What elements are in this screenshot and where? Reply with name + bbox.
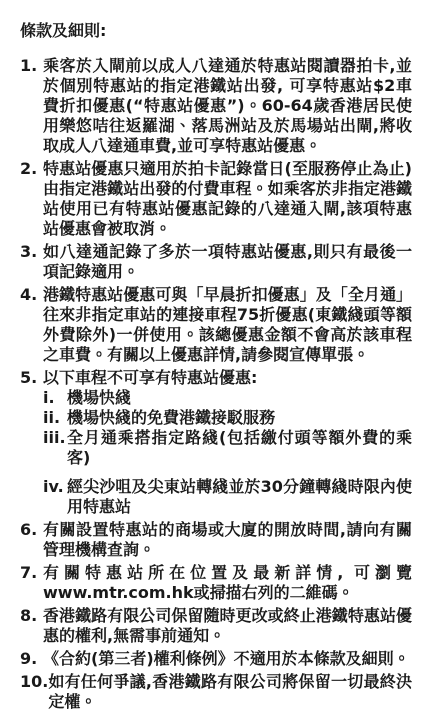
- sub-text: 全月通乘搭指定路綫(包括繳付頭等額外費的乘客): [67, 428, 412, 468]
- term-item: 8.香港鐵路有限公司保留隨時更改或終止港鐵特惠站優惠的權利,無需事前通知。: [20, 606, 412, 646]
- term-item: 3.如八達通記錄了多於一項特惠站優惠,則只有最後一項記錄適用。: [20, 242, 412, 282]
- term-body: 如八達通記錄了多於一項特惠站優惠,則只有最後一項記錄適用。: [43, 242, 412, 282]
- term-text: 《合約(第三者)權利條例》不適用於本條款及細則。: [43, 649, 410, 668]
- term-text: 港鐵特惠站優惠可與「早晨折扣優惠」及「全月通」往來非指定車站的連接車程75折優惠…: [43, 285, 412, 364]
- term-number: 7.: [20, 563, 43, 583]
- term-number: 8.: [20, 606, 43, 626]
- term-body: 乘客於入閘前以成人八達通於特惠站閱讀器拍卡,並於個別特惠站的指定港鐵站出發, 可…: [43, 56, 412, 156]
- term-text: 如八達通記錄了多於一項特惠站優惠,則只有最後一項記錄適用。: [43, 242, 412, 281]
- sub-item: iv.經尖沙咀及尖東站轉綫並於30分鐘轉綫時限內使用特惠站: [43, 477, 412, 517]
- terms-list: 1.乘客於入閘前以成人八達通於特惠站閱讀器拍卡,並於個別特惠站的指定港鐵站出發,…: [20, 56, 412, 712]
- sub-item: iii.全月通乘搭指定路綫(包括繳付頭等額外費的乘客): [43, 428, 412, 468]
- term-text: 如有任何爭議,香港鐵路有限公司將保留一切最終決定權。: [48, 672, 412, 711]
- term-number: 3.: [20, 242, 43, 262]
- sub-list: i.機場快綫ii.機場快綫的免費港鐵接駁服務iii.全月通乘搭指定路綫(包括繳付…: [43, 388, 412, 517]
- term-number: 5.: [20, 368, 43, 388]
- sub-item: ii.機場快綫的免費港鐵接駁服務: [43, 408, 412, 428]
- term-text: 有關設置特惠站的商場或大廈的開放時間,請向有關管理機構查詢。: [43, 520, 412, 559]
- term-body: 有關設置特惠站的商場或大廈的開放時間,請向有關管理機構查詢。: [43, 520, 412, 560]
- term-number: 10.: [20, 672, 48, 692]
- term-text: 乘客於入閘前以成人八達通於特惠站閱讀器拍卡,並於個別特惠站的指定港鐵站出發, 可…: [43, 56, 412, 155]
- term-item: 9.《合約(第三者)權利條例》不適用於本條款及細則。: [20, 649, 412, 669]
- term-number: 4.: [20, 285, 43, 305]
- sub-number: iv.: [43, 477, 67, 497]
- term-number: 9.: [20, 649, 43, 669]
- term-body: 如有任何爭議,香港鐵路有限公司將保留一切最終決定權。: [48, 672, 412, 712]
- term-item: 2.特惠站優惠只適用於拍卡記錄當日(至服務停止為止)由指定港鐵站出發的付費車程。…: [20, 159, 412, 239]
- sub-number: ii.: [43, 408, 67, 428]
- term-item: 10.如有任何爭議,香港鐵路有限公司將保留一切最終決定權。: [20, 672, 412, 712]
- term-item: 6.有關設置特惠站的商場或大廈的開放時間,請向有關管理機構查詢。: [20, 520, 412, 560]
- term-item: 7.有關特惠站所在位置及最新詳情, 可瀏覽www.mtr.com.hk或掃描右列…: [20, 563, 412, 603]
- term-item: 4.港鐵特惠站優惠可與「早晨折扣優惠」及「全月通」往來非指定車站的連接車程75折…: [20, 285, 412, 365]
- term-item: 5.以下車程不可享有特惠站優惠:i.機場快綫ii.機場快綫的免費港鐵接駁服務ii…: [20, 368, 412, 517]
- term-item: 1.乘客於入閘前以成人八達通於特惠站閱讀器拍卡,並於個別特惠站的指定港鐵站出發,…: [20, 56, 412, 156]
- term-body: 《合約(第三者)權利條例》不適用於本條款及細則。: [43, 649, 412, 669]
- term-body: 港鐵特惠站優惠可與「早晨折扣優惠」及「全月通」往來非指定車站的連接車程75折優惠…: [43, 285, 412, 365]
- terms-page: 條款及細則: 1.乘客於入閘前以成人八達通於特惠站閱讀器拍卡,並於個別特惠站的指…: [0, 0, 430, 718]
- sub-text: 機場快綫的免費港鐵接駁服務: [67, 408, 412, 428]
- term-body: 以下車程不可享有特惠站優惠:i.機場快綫ii.機場快綫的免費港鐵接駁服務iii.…: [43, 368, 412, 517]
- sub-text: 機場快綫: [67, 388, 412, 408]
- term-body: 有關特惠站所在位置及最新詳情, 可瀏覽www.mtr.com.hk或掃描右列的二…: [43, 563, 412, 603]
- term-number: 6.: [20, 520, 43, 540]
- sub-text: 經尖沙咀及尖東站轉綫並於30分鐘轉綫時限內使用特惠站: [67, 477, 412, 517]
- term-text: 以下車程不可享有特惠站優惠:: [43, 368, 257, 387]
- term-body: 香港鐵路有限公司保留隨時更改或終止港鐵特惠站優惠的權利,無需事前通知。: [43, 606, 412, 646]
- sub-item: i.機場快綫: [43, 388, 412, 408]
- term-number: 1.: [20, 56, 43, 76]
- term-text: 有關特惠站所在位置及最新詳情, 可瀏覽www.mtr.com.hk或掃描右列的二…: [43, 563, 412, 602]
- term-body: 特惠站優惠只適用於拍卡記錄當日(至服務停止為止)由指定港鐵站出發的付費車程。如乘…: [43, 159, 412, 239]
- sub-number: i.: [43, 388, 67, 408]
- sub-number: iii.: [43, 428, 67, 448]
- term-text: 特惠站優惠只適用於拍卡記錄當日(至服務停止為止)由指定港鐵站出發的付費車程。如乘…: [43, 159, 412, 238]
- page-title: 條款及細則:: [20, 21, 412, 41]
- term-number: 2.: [20, 159, 43, 179]
- term-text: 香港鐵路有限公司保留隨時更改或終止港鐵特惠站優惠的權利,無需事前通知。: [43, 606, 412, 645]
